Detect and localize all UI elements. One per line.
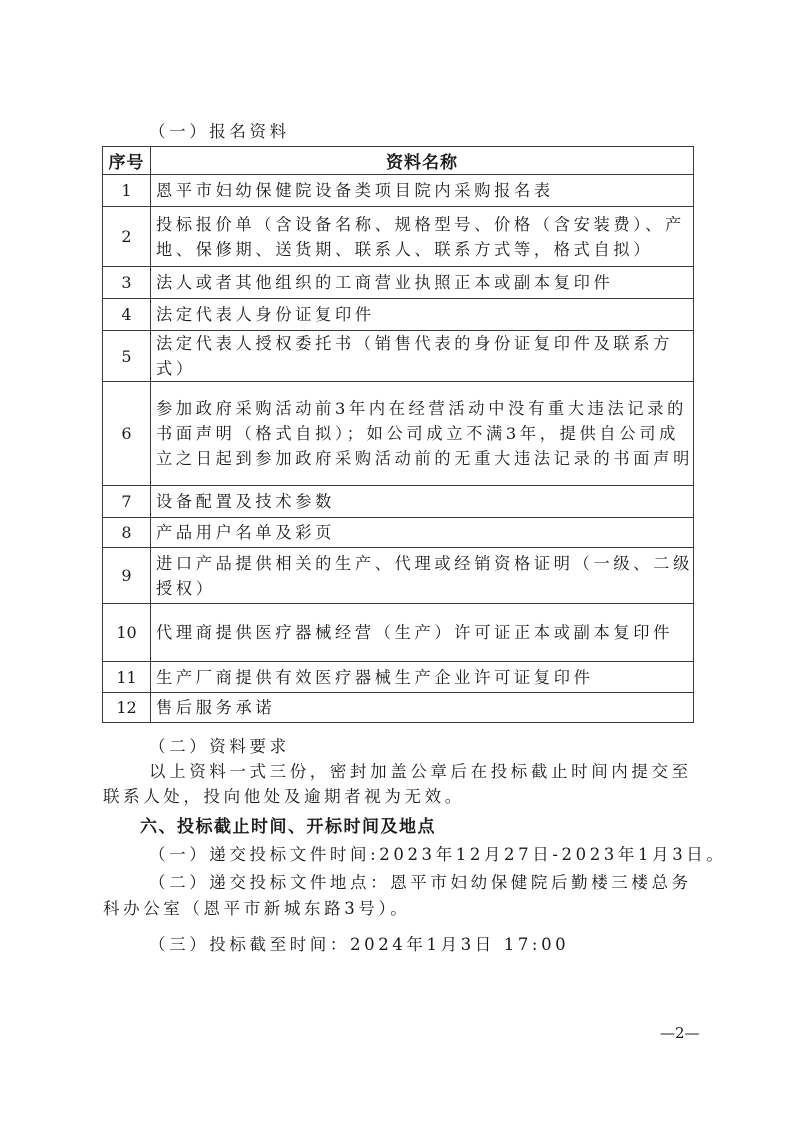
- material-name-cell: 代理商提供医疗器械经营（生产）许可证正本或副本复印件: [151, 604, 694, 662]
- row-number: 5: [103, 331, 151, 382]
- row-number: 7: [103, 486, 151, 518]
- section-heading-deadline-and-location: 六、投标截止时间、开标时间及地点: [140, 812, 436, 837]
- requirements-text-line-2: 联系人处，投向他处及逾期者视为无效。: [103, 783, 465, 807]
- material-name-line: 进口产品提供相关的生产、代理或经销资格证明（一级、二级: [156, 551, 693, 576]
- table-row: 10代理商提供医疗器械经营（生产）许可证正本或副本复印件: [103, 604, 694, 662]
- section-heading-material-requirements: （二）资料要求: [149, 733, 290, 757]
- row-number: 10: [103, 604, 151, 662]
- requirements-text-line-1: 以上资料一式三份，密封加盖公章后在投标截止时间内提交至: [149, 758, 692, 782]
- submission-location-line-1: （二）递交投标文件地点：恩平市妇幼保健院后勤楼三楼总务: [149, 869, 692, 893]
- material-name-line: 法人或者其他组织的工商营业执照正本或副本复印件: [156, 270, 693, 295]
- material-name-line: 地、保修期、送货期、联系人、联系方式等，格式自拟）: [156, 237, 693, 262]
- row-number: 4: [103, 299, 151, 331]
- column-header-material-name: 资料名称: [151, 147, 694, 175]
- material-name-line: 恩平市妇幼保健院设备类项目院内采购报名表: [156, 178, 693, 203]
- material-name-cell: 法定代表人授权委托书（销售代表的身份证复印件及联系方式）: [151, 331, 694, 382]
- material-name-line: 法定代表人授权委托书（销售代表的身份证复印件及联系方: [156, 331, 693, 356]
- material-name-cell: 设备配置及技术参数: [151, 486, 694, 518]
- material-name-cell: 法人或者其他组织的工商营业执照正本或副本复印件: [151, 267, 694, 299]
- material-name-cell: 进口产品提供相关的生产、代理或经销资格证明（一级、二级授权）: [151, 548, 694, 604]
- section-heading-registration-materials: （一）报名资料: [149, 118, 290, 142]
- row-number: 11: [103, 662, 151, 693]
- material-name-cell: 投标报价单（含设备名称、规格型号、价格（含安装费）、产地、保修期、送货期、联系人…: [151, 207, 694, 267]
- material-name-line: 书面声明（格式自拟）；如公司成立不满3年，提供自公司成: [156, 421, 693, 446]
- material-name-line: 售后服务承诺: [156, 695, 693, 720]
- table-row: 8产品用户名单及彩页: [103, 518, 694, 548]
- material-name-line: 立之日起到参加政府采购活动前的无重大违法记录的书面声明: [156, 446, 693, 471]
- material-name-cell: 生产厂商提供有效医疗器械生产企业许可证复印件: [151, 662, 694, 693]
- row-number: 6: [103, 382, 151, 486]
- registration-materials-table: 序号 资料名称 1恩平市妇幼保健院设备类项目院内采购报名表2投标报价单（含设备名…: [102, 146, 694, 723]
- material-name-line: 代理商提供医疗器械经营（生产）许可证正本或副本复印件: [156, 620, 693, 645]
- page-number: —2—: [660, 1024, 700, 1042]
- submission-time: （一）递交投标文件时间:2023年12月27日-2023年1月3日。: [149, 841, 727, 865]
- table-row: 12售后服务承诺: [103, 693, 694, 723]
- material-name-cell: 产品用户名单及彩页: [151, 518, 694, 548]
- material-name-line: 授权）: [156, 576, 693, 601]
- material-name-line: 参加政府采购活动前3年内在经营活动中没有重大违法记录的: [156, 396, 693, 421]
- table-row: 11生产厂商提供有效医疗器械生产企业许可证复印件: [103, 662, 694, 693]
- row-number: 9: [103, 548, 151, 604]
- material-name-cell: 恩平市妇幼保健院设备类项目院内采购报名表: [151, 175, 694, 207]
- bid-deadline: （三）投标截至时间：2024年1月3日 17:00: [149, 931, 569, 955]
- row-number: 8: [103, 518, 151, 548]
- table-row: 2投标报价单（含设备名称、规格型号、价格（含安装费）、产地、保修期、送货期、联系…: [103, 207, 694, 267]
- material-name-line: 设备配置及技术参数: [156, 489, 693, 514]
- material-name-cell: 售后服务承诺: [151, 693, 694, 723]
- material-name-line: 投标报价单（含设备名称、规格型号、价格（含安装费）、产: [156, 212, 693, 237]
- material-name-line: 式）: [156, 356, 693, 381]
- table-row: 3法人或者其他组织的工商营业执照正本或副本复印件: [103, 267, 694, 299]
- row-number: 2: [103, 207, 151, 267]
- table-row: 6参加政府采购活动前3年内在经营活动中没有重大违法记录的书面声明（格式自拟）；如…: [103, 382, 694, 486]
- table-row: 5法定代表人授权委托书（销售代表的身份证复印件及联系方式）: [103, 331, 694, 382]
- table-row: 4法定代表人身份证复印件: [103, 299, 694, 331]
- row-number: 3: [103, 267, 151, 299]
- material-name-line: 法定代表人身份证复印件: [156, 302, 693, 327]
- table-row: 7设备配置及技术参数: [103, 486, 694, 518]
- material-name-cell: 参加政府采购活动前3年内在经营活动中没有重大违法记录的书面声明（格式自拟）；如公…: [151, 382, 694, 486]
- material-name-line: 产品用户名单及彩页: [156, 520, 693, 545]
- material-name-cell: 法定代表人身份证复印件: [151, 299, 694, 331]
- table-row: 9进口产品提供相关的生产、代理或经销资格证明（一级、二级授权）: [103, 548, 694, 604]
- table-header-row: 序号 资料名称: [103, 147, 694, 175]
- column-header-number: 序号: [103, 147, 151, 175]
- table-row: 1恩平市妇幼保健院设备类项目院内采购报名表: [103, 175, 694, 207]
- row-number: 1: [103, 175, 151, 207]
- submission-location-line-2: 科办公室（恩平市新城东路3号）。: [103, 895, 410, 919]
- material-name-line: 生产厂商提供有效医疗器械生产企业许可证复印件: [156, 665, 693, 690]
- row-number: 12: [103, 693, 151, 723]
